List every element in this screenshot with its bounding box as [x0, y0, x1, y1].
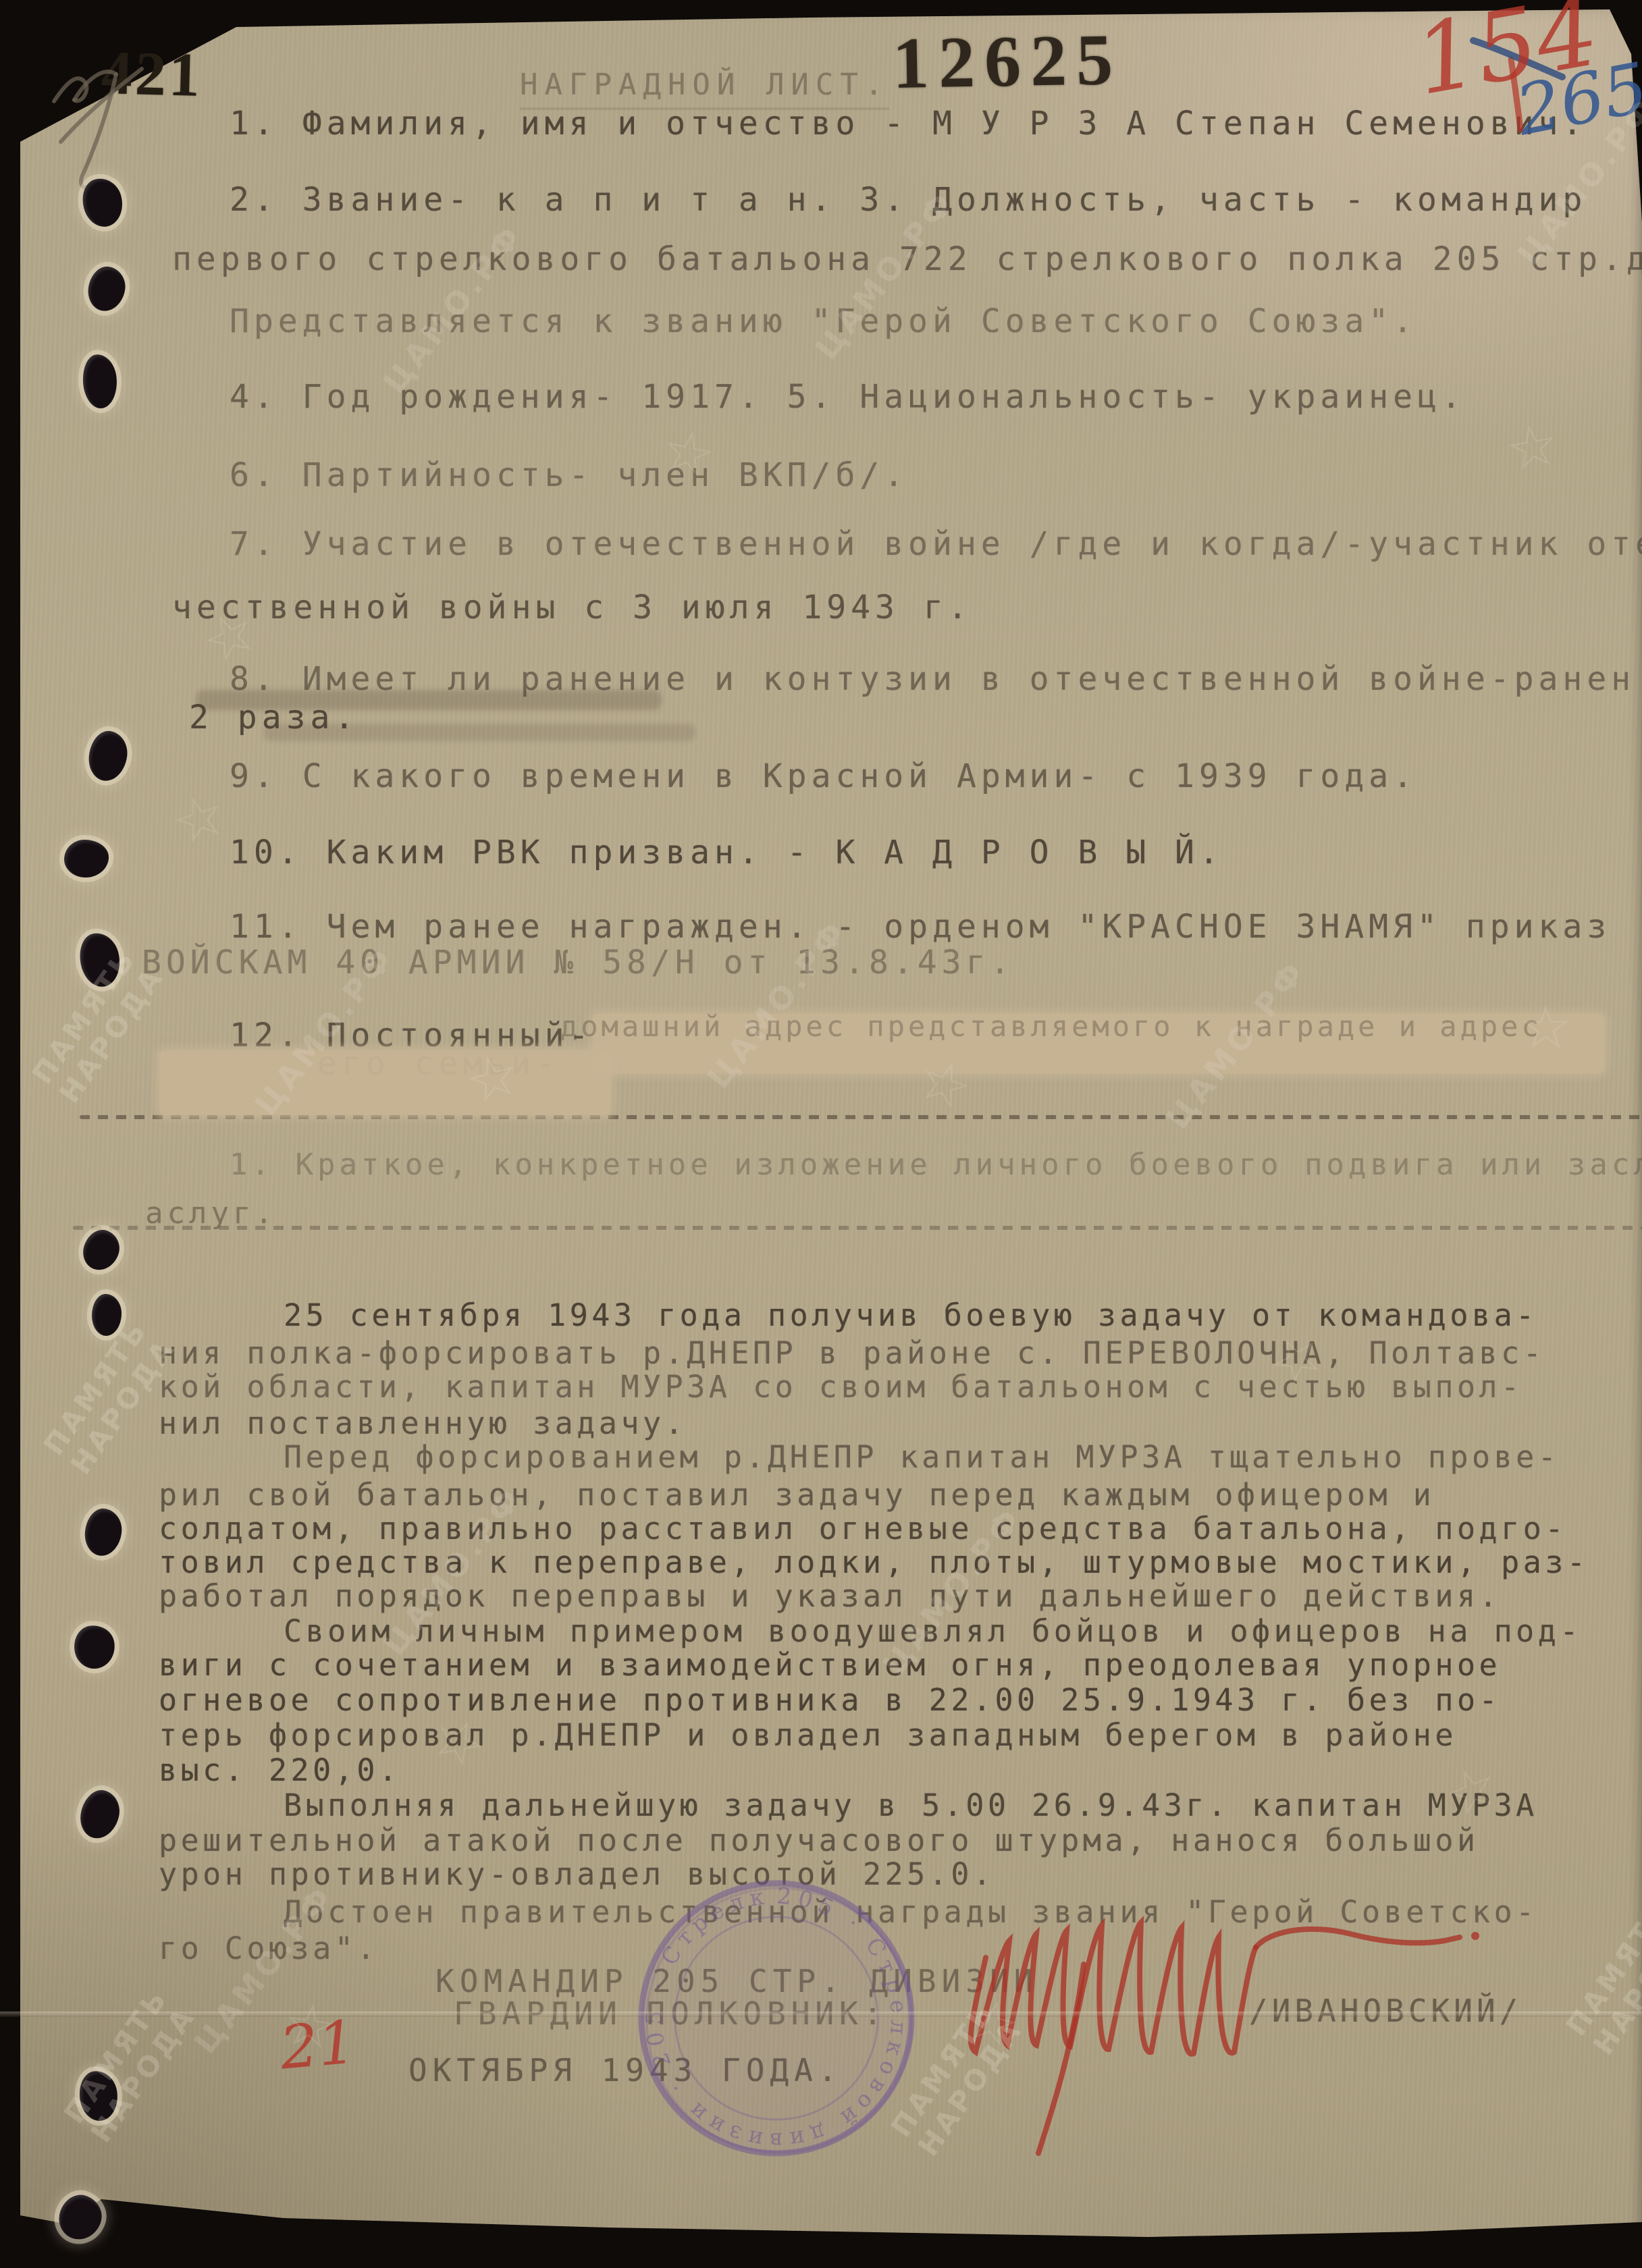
citation-line: ния полка-форсировать р.ДНЕПР в районе с…	[159, 1335, 1545, 1371]
citation-line: Перед форсированием р.ДНЕПР капитан МУРЗ…	[284, 1439, 1560, 1475]
citation-line: рил свой батальон, поставил задачу перед…	[159, 1477, 1435, 1513]
citation-line: товил средства к переправе, лодки, плоты…	[159, 1544, 1589, 1580]
citation-line: Своим личным примером воодушевлял бойцов…	[284, 1613, 1582, 1649]
section-heading: 1. Краткое, конкретное изложение личного…	[230, 1147, 1642, 1182]
dotted-divider	[73, 1226, 1642, 1230]
fold-crease	[0, 2012, 1642, 2017]
dotted-divider	[80, 1115, 1642, 1119]
field-war-participation: 7. Участие в отечественной войне /где и …	[230, 525, 1642, 563]
field-unit: первого стрелкового батальона 722 стрелк…	[172, 240, 1642, 278]
citation-line: 25 сентября 1943 года получив боевую зад…	[284, 1297, 1538, 1333]
date-line: ОКТЯБРЯ 1943 ГОДА.	[408, 2052, 843, 2088]
citation-line: Достоен правительственной награды звания…	[284, 1894, 1538, 1930]
citation-line: го Союза".	[159, 1931, 379, 1966]
citation-line: Выполняя дальнейшую задачу в 5.00 26.9.4…	[284, 1787, 1538, 1823]
scanned-document: НАГРАДНОЙ ЛИСТ. 12625 421 154 265 1. Фам…	[0, 0, 1642, 2268]
field-service-since: 9. С какого времени в Красной Армии- с 1…	[230, 757, 1417, 795]
redaction-patch	[159, 1050, 610, 1115]
citation-line: нил поставленную задачу.	[159, 1405, 687, 1441]
signer-name: /ИВАНОВСКИЙ/	[1249, 1993, 1522, 2029]
citation-line: урон противнику-овладел высотой 225.0.	[159, 1856, 995, 1892]
field-birth-nationality: 4. Год рождения- 1917. 5. Национальность…	[230, 378, 1466, 416]
field-draft: 10. Каким РВК призван. - К А Д Р О В Ы Й…	[230, 834, 1223, 871]
field-name: 1. Фамилия, имя и отчество - М У Р З А С…	[230, 105, 1587, 142]
citation-line: терь форсировал р.ДНЕПР и овладел западн…	[159, 1717, 1457, 1753]
ink-smudge	[196, 690, 662, 710]
ink-smudge	[263, 724, 695, 741]
citation-line: виги с сочетанием и взаимодействием огня…	[159, 1647, 1501, 1683]
commander-line: КОМАНДИР 205 СТР. ДИВИЗИИ	[435, 1963, 1038, 1999]
registration-number-stamp: 12625	[892, 18, 1123, 106]
handwritten-day-number: 21	[277, 2007, 359, 2082]
citation-line: решительной атакой после получасового шт…	[159, 1823, 1479, 1858]
field-address-ghost-text: домашний адрес представляемого к награде…	[560, 1010, 1542, 1043]
corner-archive-number: 421	[101, 36, 204, 111]
citation-line: огневое сопротивление противника в 22.00…	[159, 1682, 1501, 1718]
field-party: 6. Партийность- член ВКП/б/.	[230, 456, 908, 494]
citation-line: выс. 220,0.	[159, 1752, 401, 1788]
field-previous-awards: 11. Чем ранее награжден. - орденом "КРАС…	[230, 908, 1611, 946]
citation-line: работал порядок переправы и указал пути …	[159, 1578, 1501, 1614]
field-previous-awards-2: ВОЙСКАМ 40 АРМИИ № 58/Н от 13.8.43г.	[142, 944, 1014, 981]
field-war-participation-2: чественной войны с 3 июля 1943 г.	[172, 589, 972, 626]
citation-line: кой области, капитан МУРЗА со своим бата…	[159, 1369, 1523, 1405]
form-title: НАГРАДНОЙ ЛИСТ.	[520, 67, 889, 110]
field-rank-position: 2. Звание- к а п и т а н. 3. Должность, …	[230, 181, 1587, 219]
citation-line: солдатом, правильно расставил огневые ср…	[159, 1511, 1567, 1546]
field-nomination: Представляется к званию "Герой Советског…	[230, 302, 1417, 340]
